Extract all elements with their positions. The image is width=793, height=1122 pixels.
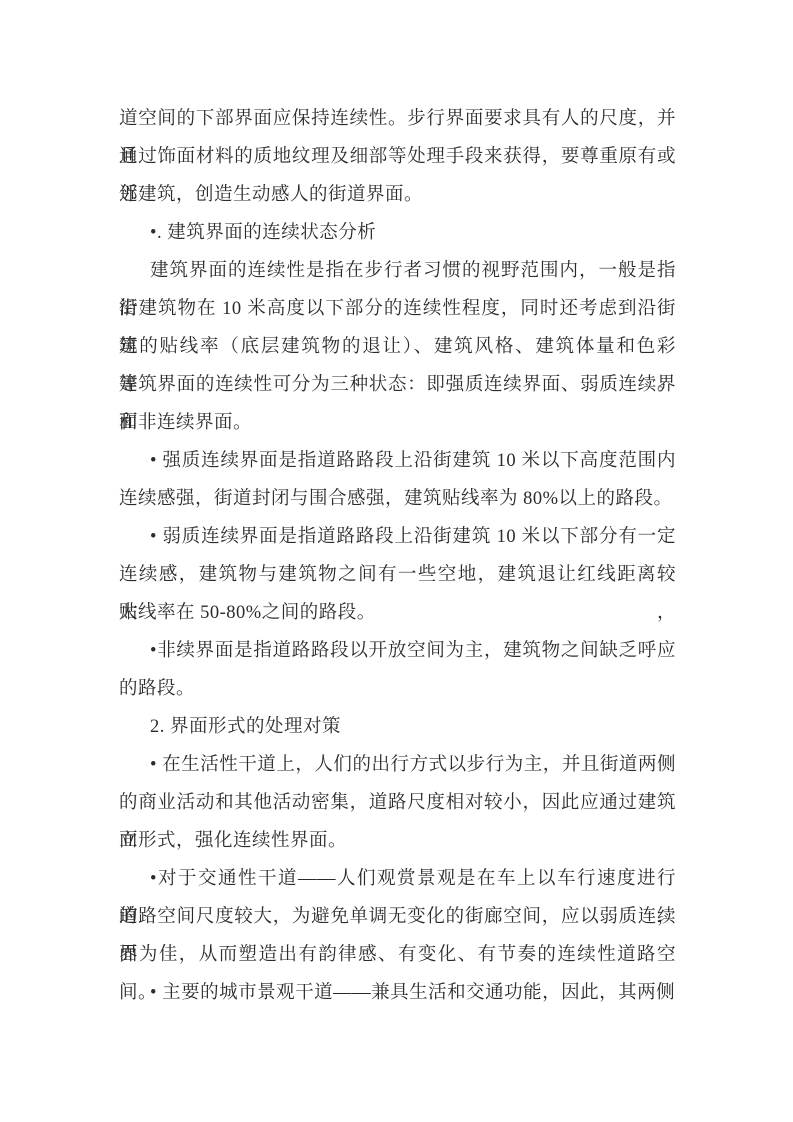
text-line: 2. 界面形式的处理对策	[119, 708, 676, 746]
text-line: 道路空间尺度较大，为避免单调无变化的街廊空间，应以弱质连续界	[119, 898, 676, 936]
text-line: 连续感，建筑物与建筑物之间有一些空地，建筑退让红线距离较大，	[119, 556, 676, 594]
text-line: 面为佳，从而塑造出有韵律感、有变化、有节奏的连续性道路空间。	[119, 936, 676, 974]
text-line: 的商业活动和其他活动密集，道路尺度相对较小，因此应通过建筑立	[119, 784, 676, 822]
text-line: 建筑界面的连续性可分为三种状态：即强质连续界面、弱质连续界面	[119, 366, 676, 404]
text-line: 近建筑，创造生动感人的街道界面。	[119, 176, 676, 214]
text-line: •. 建筑界面的连续状态分析	[119, 214, 676, 252]
text-line: • 在生活性干道上，人们的出行方式以步行为主，并且街道两侧	[119, 746, 676, 784]
text-line: 通过饰面材料的质地纹理及细部等处理手段来获得，要尊重原有或邻	[119, 138, 676, 176]
text-block: 道空间的下部界面应保持连续性。步行界面要求具有人的尺度，并且通过饰面材料的质地纹…	[119, 100, 676, 1012]
text-line: 和非连续界面。	[119, 404, 676, 442]
text-line: 街建筑物在 10 米高度以下部分的连续性程度，同时还考虑到沿街建	[119, 290, 676, 328]
text-line: • 强质连续界面是指道路路段上沿街建筑 10 米以下高度范围内	[119, 442, 676, 480]
text-line: 面形式，强化连续性界面。	[119, 822, 676, 860]
document-page: 道空间的下部界面应保持连续性。步行界面要求具有人的尺度，并且通过饰面材料的质地纹…	[0, 0, 793, 1122]
text-line: 连续感强，街道封闭与围合感强，建筑贴线率为 80%以上的路段。	[119, 480, 676, 518]
text-line: 筑的贴线率（底层建筑物的退让）、建筑风格、建筑体量和色彩等。	[119, 328, 676, 366]
text-line: 道空间的下部界面应保持连续性。步行界面要求具有人的尺度，并且	[119, 100, 676, 138]
text-line: •对于交通性干道——人们观赏景观是在车上以车行速度进行的，	[119, 860, 676, 898]
text-line: • 主要的城市景观干道——兼具生活和交通功能，因此，其两侧	[119, 974, 676, 1012]
text-line: 建筑界面的连续性是指在步行者习惯的视野范围内，一般是指沿	[119, 252, 676, 290]
text-line: • 弱质连续界面是指道路路段上沿街建筑 10 米以下部分有一定	[119, 518, 676, 556]
text-line: 的路段。	[119, 670, 676, 708]
text-line: •非续界面是指道路路段以开放空间为主，建筑物之间缺乏呼应	[119, 632, 676, 670]
